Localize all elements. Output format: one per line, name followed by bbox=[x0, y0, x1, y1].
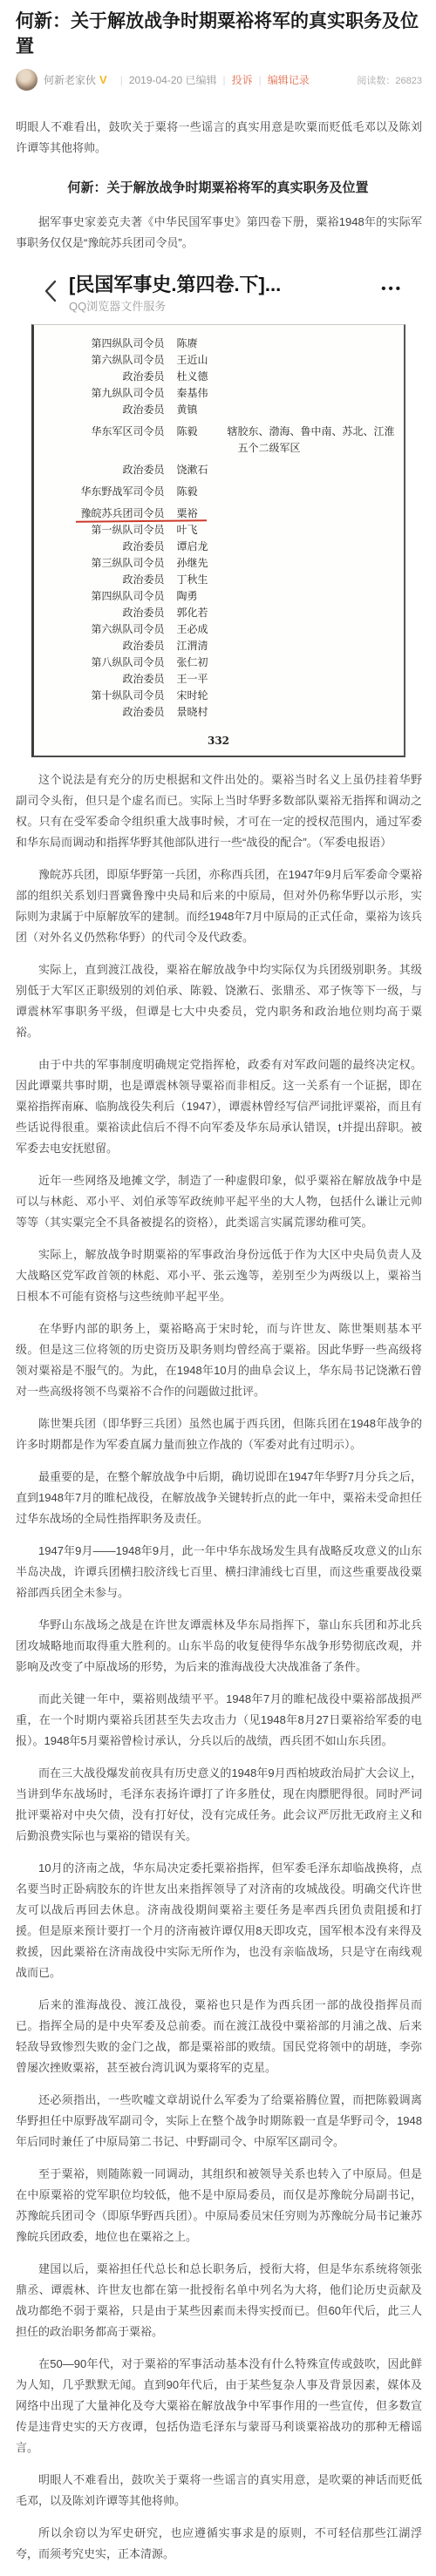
scan-name: 杜义德 bbox=[177, 369, 228, 385]
scan-row: 华东军区司令员陈毅辖胶东、渤海、鲁中南、苏北、江淮 bbox=[34, 424, 404, 440]
scan-role: 第一纵队司令员 bbox=[34, 522, 165, 539]
scan-role: 政治委员 bbox=[34, 671, 165, 688]
scan-row: 华东野战军司令员陈毅 bbox=[34, 484, 404, 500]
separator: | bbox=[120, 74, 123, 86]
edit-history-link[interactable]: 编辑记录 bbox=[268, 72, 310, 87]
edit-date: 2019-04-20 已编辑 bbox=[129, 72, 217, 87]
scan-row: 第三纵队司令员孙继先 bbox=[34, 555, 404, 572]
scan-role: 第三纵队司令员 bbox=[34, 555, 165, 572]
scan-name: 宋时轮 bbox=[177, 688, 228, 704]
scan-name bbox=[177, 440, 228, 457]
scan-row: 第九纵队司令员秦基伟 bbox=[34, 385, 404, 402]
more-menu-icon[interactable]: ••• bbox=[381, 281, 403, 296]
scan-role: 第六纵队司令员 bbox=[34, 621, 165, 638]
scan-name: 黄镇 bbox=[177, 402, 228, 418]
scan-row: 政治委员郭化若 bbox=[34, 605, 404, 621]
body-paragraph: 实际上，解放战争时期粟裕的军事政治身份远低于作为大区中央局负责人及大战略区党军政… bbox=[16, 1244, 422, 1307]
body-paragraph: 后来的淮海战役、渡江战役，粟裕也只是作为西兵团一部的战役指挥员而已。指挥全局的是… bbox=[16, 1995, 422, 2078]
body-paragraph: 1947年9月——1948年9月，此一年中华东战场发生具有战略反攻意义的山东半岛… bbox=[16, 1541, 422, 1603]
scan-role: 华东军区司令员 bbox=[34, 424, 165, 440]
scan-name: 丁秋生 bbox=[177, 572, 228, 588]
scan-row: 政治委员杜义德 bbox=[34, 369, 404, 385]
book-scan-screenshot[interactable]: [民国军事史.第四卷.下]... QQ浏览器文件服务 ••• 第四纵队司令员陈赓… bbox=[0, 268, 436, 757]
scan-name: 饶漱石 bbox=[177, 462, 228, 478]
scan-row: 第一纵队司令员叶飞 bbox=[34, 522, 404, 539]
article-page: 何新：关于解放战争时期粟裕将军的真实职务及位置 何新老家伙 V | 2019-0… bbox=[0, 9, 436, 2565]
scan-role: 政治委员 bbox=[34, 462, 165, 478]
body-paragraph: 至于粟裕，则随陈毅一同调动，其组织和被领导关系也转入了中原局。但是在中原粟裕的党… bbox=[16, 2164, 422, 2247]
scan-name: 江渭清 bbox=[177, 638, 228, 654]
scan-row: 第六纵队司令员王必成 bbox=[34, 621, 404, 638]
scan-name: 秦基伟 bbox=[177, 385, 228, 402]
body-paragraph: 10月的济南之战，华东局决定委托粟裕指挥，但军委毛泽东却临战换将，点名要当时正卧… bbox=[16, 1858, 422, 1983]
scan-role: 政治委员 bbox=[34, 402, 165, 418]
article-subheading: 何新：关于解放战争时期粟裕将军的真实职务及位置 bbox=[14, 178, 422, 196]
read-count-label: 阅读数： bbox=[357, 76, 395, 86]
body-paragraph: 所以余窃以为军史研究，也应遵循实事求是的原则，不可轻信那些江湖浮夸，而须考究史实… bbox=[16, 2523, 422, 2565]
scan-name: 陈毅 bbox=[177, 424, 228, 440]
scan-row: 政治委员江渭清 bbox=[34, 638, 404, 654]
body-paragraph: 而在三大战役爆发前夜具有历史意义的1948年9月西柏坡政治局扩大会议上，当讲到华… bbox=[16, 1763, 422, 1847]
book-page-scan: 第四纵队司令员陈赓 第六纵队司令员王近山 政治委员杜义德 第九纵队司令员秦基伟 … bbox=[31, 324, 405, 757]
scan-row: 政治委员黄镇 bbox=[34, 402, 404, 418]
scan-role bbox=[34, 440, 165, 457]
scan-row: 五个二级军区 bbox=[34, 440, 404, 457]
scan-name: 粟裕 bbox=[177, 505, 228, 522]
body-paragraph: 而此关键一年中，粟裕则战绩平平。1948年7月的睢杞战役中粟裕部战损严重，在一个… bbox=[16, 1689, 422, 1752]
body-paragraph: 陈世榘兵团（即华野三兵团）虽然也属于西兵团，但陈兵团在1948年战争的许多时期都… bbox=[16, 1413, 422, 1455]
scan-role: 第四纵队司令员 bbox=[34, 336, 165, 352]
scan-name: 景晓村 bbox=[177, 704, 228, 721]
scan-name: 谭启龙 bbox=[177, 539, 228, 555]
read-count-value: 26823 bbox=[395, 76, 422, 86]
scan-name: 王必成 bbox=[177, 621, 228, 638]
intro-paragraph: 明眼人不难看出，鼓吹关于粟将一些谣言的真实用意是吹粟而贬低毛邓以及陈刘许谭等其他… bbox=[16, 117, 422, 159]
scan-role: 第六纵队司令员 bbox=[34, 352, 165, 369]
scan-row: 政治委员谭启龙 bbox=[34, 539, 404, 555]
scan-name: 叶飞 bbox=[177, 522, 228, 539]
scan-row: 政治委员王一平 bbox=[34, 671, 404, 688]
scan-name: 陈赓 bbox=[177, 336, 228, 352]
scan-role: 政治委员 bbox=[34, 369, 165, 385]
body-paragraph: 最重要的是，在整个解放战争中后期，确切说即在1947年华野7月分兵之后，直到19… bbox=[16, 1467, 422, 1529]
scan-name: 张仁初 bbox=[177, 654, 228, 671]
scan-name: 陈毅 bbox=[177, 484, 228, 500]
scan-role: 政治委员 bbox=[34, 572, 165, 588]
body-paragraph: 华野山东战场之战是在许世友谭震林及华东局指挥下，靠山东兵团和苏北兵团攻城略地而取… bbox=[16, 1615, 422, 1678]
scan-role: 政治委员 bbox=[34, 605, 165, 621]
body-paragraph: 实际上，直到渡江战役，粟裕在解放战争中均实际仅为兵团级别职务。其级别低于大军区正… bbox=[16, 959, 422, 1043]
scan-row: 政治委员丁秋生 bbox=[34, 572, 404, 588]
author-row: 何新老家伙 V | 2019-04-20 已编辑 | 投诉 | 编辑记录 阅读数… bbox=[0, 63, 436, 96]
scan-name: 王一平 bbox=[177, 671, 228, 688]
body-paragraph: 由于中共的军事制度明确规定党指挥枪，政委有对军政问题的最终决定权。因此谭粟共事时… bbox=[16, 1054, 422, 1159]
file-viewer-titles: [民国军事史.第四卷.下]... QQ浏览器文件服务 bbox=[69, 273, 281, 314]
scan-row: 政治委员饶漱石 bbox=[34, 462, 404, 478]
body-paragraph: 在50—90年代，对于粟裕的军事活动基本没有什么特殊宣传或鼓吹，因此鲜为人知，几… bbox=[16, 2354, 422, 2458]
file-name: [民国军事史.第四卷.下]... bbox=[69, 273, 281, 296]
lead-paragraph: 据军事史家姜克夫著《中华民国军事史》第四卷下册，粟裕1948年的实际军事职务仅仅… bbox=[16, 212, 422, 254]
scan-role: 华东野战军司令员 bbox=[34, 484, 165, 500]
verified-badge-icon: V bbox=[99, 73, 107, 86]
scan-role: 第四纵队司令员 bbox=[34, 588, 165, 605]
report-link[interactable]: 投诉 bbox=[232, 72, 253, 87]
scan-role: 政治委员 bbox=[34, 539, 165, 555]
back-icon[interactable] bbox=[44, 280, 57, 307]
scan-row: 第十纵队司令员宋时轮 bbox=[34, 688, 404, 704]
scan-row: 第六纵队司令员王近山 bbox=[34, 352, 404, 369]
scan-row: 政治委员景晓村 bbox=[34, 704, 404, 721]
read-count: 阅读数：26823 bbox=[357, 73, 422, 87]
scan-row: 第四纵队司令员陶勇 bbox=[34, 588, 404, 605]
scan-name: 陶勇 bbox=[177, 588, 228, 605]
scan-name: 王近山 bbox=[177, 352, 228, 369]
page-title: 何新：关于解放战争时期粟裕将军的真实职务及位置 bbox=[16, 9, 420, 59]
scan-name: 孙继先 bbox=[177, 555, 228, 572]
author-name[interactable]: 何新老家伙 bbox=[44, 72, 96, 87]
scan-role: 政治委员 bbox=[34, 638, 165, 654]
body-paragraph: 这个说法是有充分的历史根据和文件出处的。粟裕当时名义上虽仍挂着华野副司令头衔，但… bbox=[16, 769, 422, 853]
scan-row: 第四纵队司令员陈赓 bbox=[34, 336, 404, 352]
scan-role: 豫皖苏兵团司令员 bbox=[34, 505, 165, 522]
scan-row: 第八纵队司令员张仁初 bbox=[34, 654, 404, 671]
separator: | bbox=[223, 74, 226, 86]
avatar[interactable] bbox=[16, 69, 37, 91]
scan-role: 政治委员 bbox=[34, 704, 165, 721]
scan-role: 第九纵队司令员 bbox=[34, 385, 165, 402]
body-paragraph: 在华野内部的职务上，粟裕略高于宋时轮，而与许世友、陈世榘则基本平级。但是这三位将… bbox=[16, 1319, 422, 1402]
scan-page-number: 332 bbox=[34, 735, 404, 747]
scan-note: 五个二级军区 bbox=[238, 440, 301, 457]
body-paragraph: 建国以后，粟裕担任代总长和总长职务后，授衔大将，但是华东系统将领张鼎丞、谭震林、… bbox=[16, 2259, 422, 2342]
scan-role: 第十纵队司令员 bbox=[34, 688, 165, 704]
scan-note: 辖胶东、渤海、鲁中南、苏北、江淮 bbox=[228, 424, 395, 440]
body-paragraph: 近年一些网络及地摊文学，制造了一种虚假印象，似乎粟裕在解放战争中是可以与林彪、邓… bbox=[16, 1170, 422, 1233]
body-paragraph: 豫皖苏兵团，即原华野第一兵团，亦称西兵团，在1947年9月后军委命令粟裕部的组织… bbox=[16, 864, 422, 948]
body-paragraph: 还必须指出，一些吹嘘文章胡说什么军委为了给粟裕腾位置，而把陈毅调离华野担任中原野… bbox=[16, 2090, 422, 2152]
body-paragraph: 明眼人不难看出，鼓吹关于粟将一些谣言的真实用意，是吹粟的神话而贬低毛邓，以及陈刘… bbox=[16, 2470, 422, 2512]
separator: | bbox=[259, 74, 262, 86]
file-service-label: QQ浏览器文件服务 bbox=[69, 297, 281, 314]
scan-role: 第八纵队司令员 bbox=[34, 654, 165, 671]
scan-row-highlighted: 豫皖苏兵团司令员粟裕 bbox=[34, 505, 404, 522]
scan-name: 郭化若 bbox=[177, 605, 228, 621]
file-viewer-header: [民国军事史.第四卷.下]... QQ浏览器文件服务 ••• bbox=[0, 268, 436, 321]
